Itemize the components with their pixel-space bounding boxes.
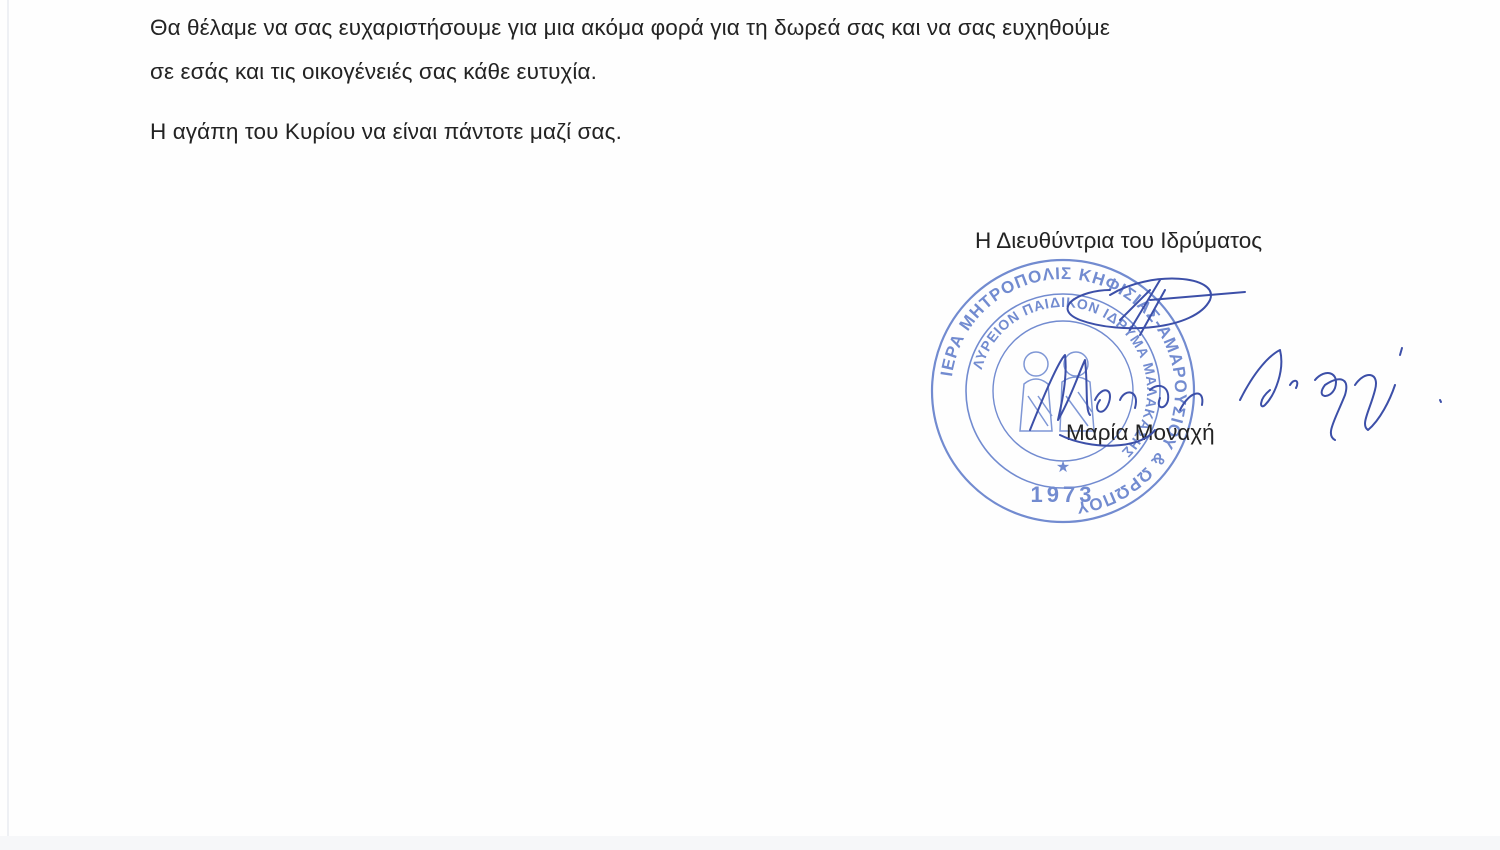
paragraph-line: Θα θέλαμε να σας ευχαριστήσουμε για μια … — [150, 15, 1110, 40]
paragraph-line: Η αγάπη του Κυρίου να είναι πάντοτε μαζί… — [150, 119, 622, 144]
closing-paragraph: Θα θέλαμε να σας ευχαριστήσουμε για μια … — [150, 6, 1110, 94]
signature-title: Η Διευθύντρια του Ιδρύματος — [975, 228, 1262, 254]
handwritten-signature-icon — [990, 260, 1460, 490]
paragraph-line: σε εσάς και τις οικογένειές σας κάθε ευτ… — [150, 59, 597, 84]
scan-edge-left — [7, 0, 9, 840]
blessing-paragraph: Η αγάπη του Κυρίου να είναι πάντοτε μαζί… — [150, 110, 622, 154]
scanned-letter-page: Θα θέλαμε να σας ευχαριστήσουμε για μια … — [0, 0, 1500, 850]
scan-edge-bottom — [0, 836, 1500, 850]
